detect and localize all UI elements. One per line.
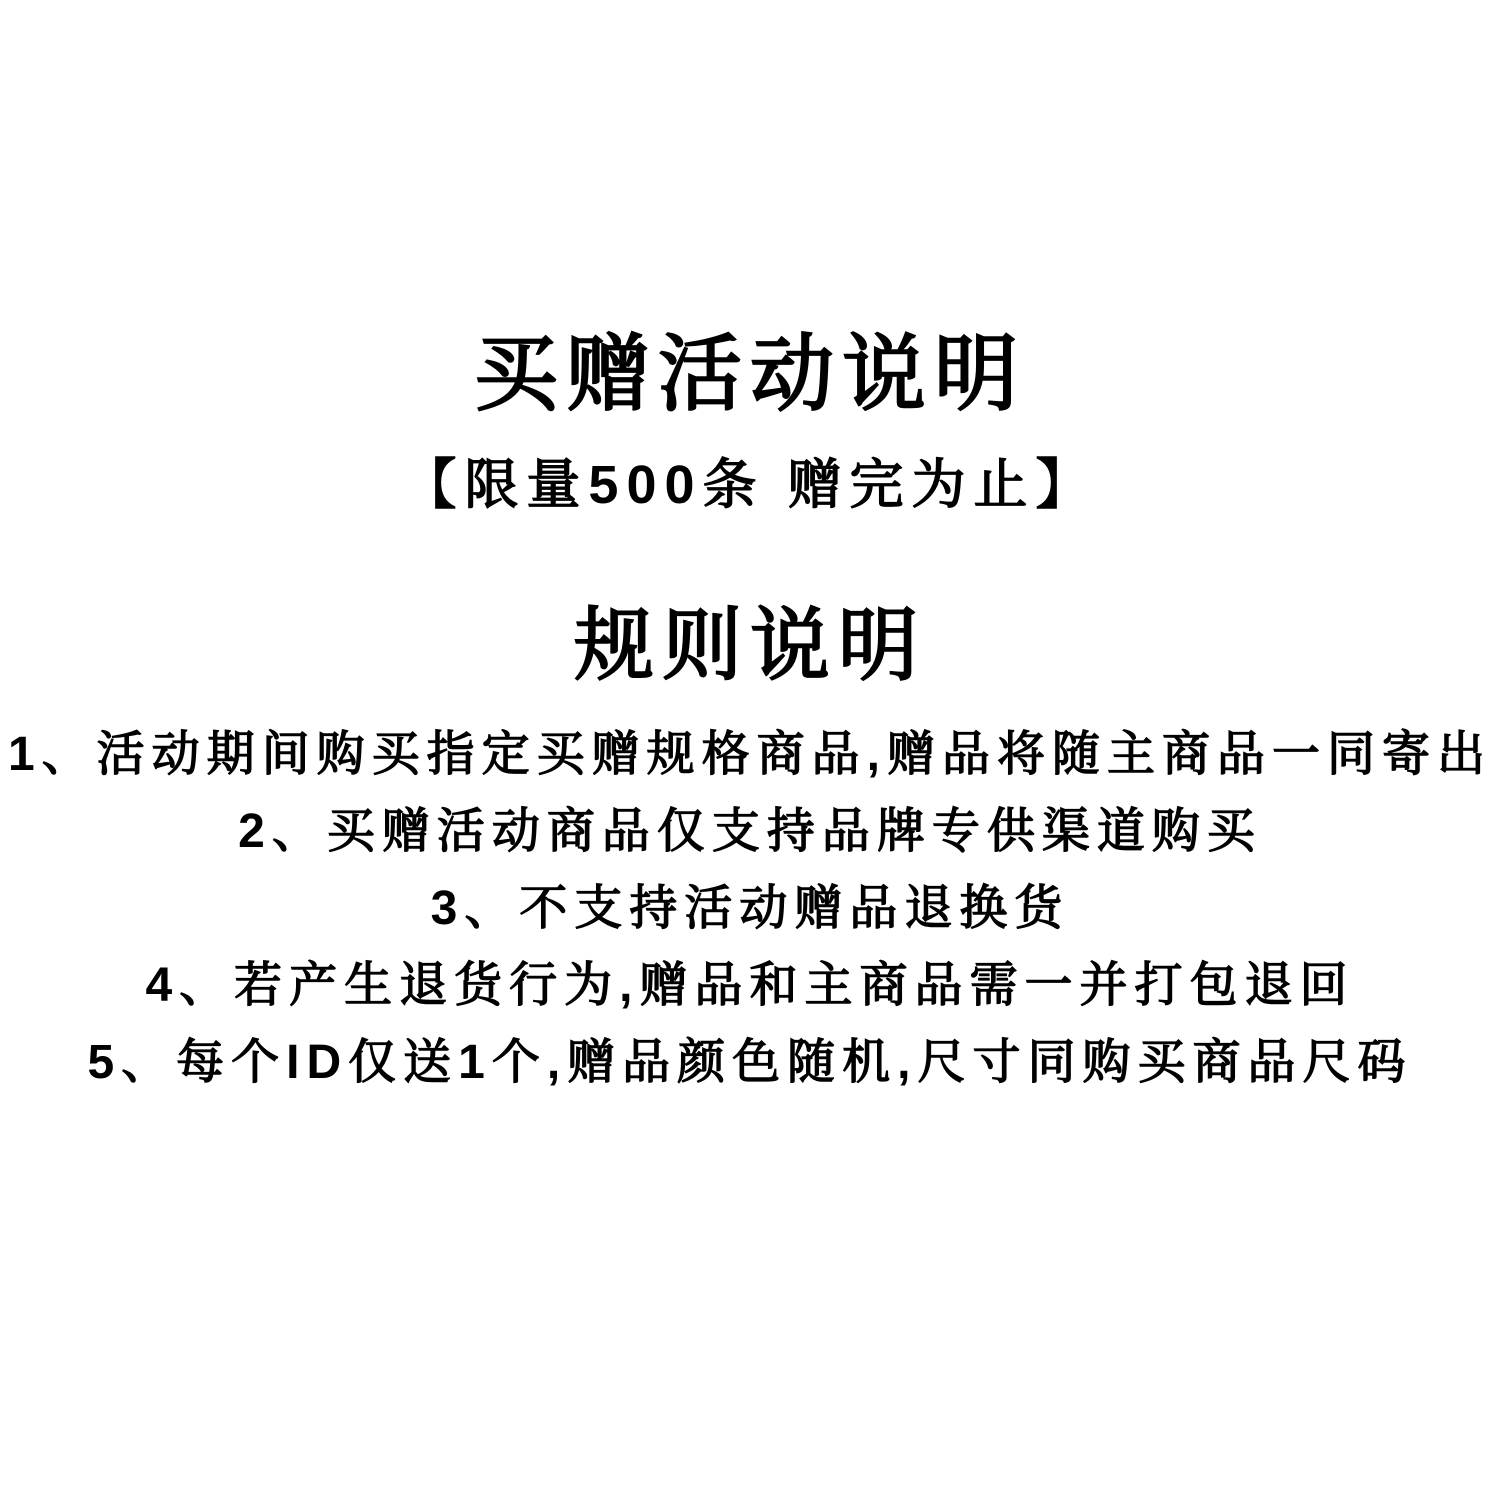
rule-item-1: 1、活动期间购买指定买赠规格商品,赠品将随主商品一同寄出 (0, 716, 1500, 793)
rules-section-heading: 规则说明 (0, 602, 1500, 690)
rule-item-4: 4、若产生退货行为,赠品和主商品需一并打包退回 (0, 947, 1500, 1024)
page-title: 买赠活动说明 (0, 0, 1500, 420)
rule-item-5: 5、每个ID仅送1个,赠品颜色随机,尺寸同购买商品尺码 (0, 1024, 1500, 1101)
rules-list: 1、活动期间购买指定买赠规格商品,赠品将随主商品一同寄出 2、买赠活动商品仅支持… (0, 716, 1500, 1101)
promo-notice-page: 买赠活动说明 【限量500条 赠完为止】 规则说明 1、活动期间购买指定买赠规格… (0, 0, 1500, 1500)
rule-item-2: 2、买赠活动商品仅支持品牌专供渠道购买 (0, 793, 1500, 870)
rule-item-3: 3、不支持活动赠品退换货 (0, 870, 1500, 947)
limit-quantity-note: 【限量500条 赠完为止】 (0, 454, 1500, 516)
